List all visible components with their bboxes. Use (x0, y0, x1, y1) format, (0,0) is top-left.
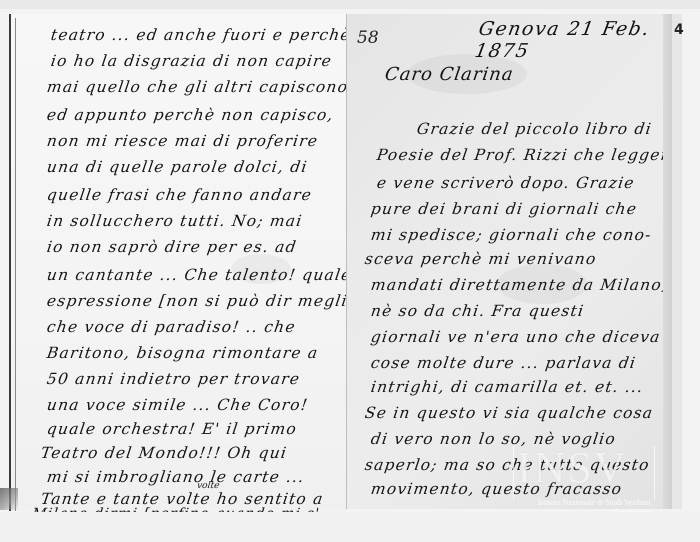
right-line-9: giornali ve n'era uno che diceva (370, 328, 662, 346)
right-line-15: movimento, questo fracasso (370, 480, 624, 498)
left-line-11: espressione [non si può dir meglio] (46, 292, 347, 310)
scan-bottom-edge (0, 512, 700, 542)
left-line-10: un cantante ... Che talento! quale (46, 266, 347, 284)
right-line-11: intrighi, di camarilla et. et. ... (370, 378, 645, 396)
letter-scan: teatro ... ed anche fuori e perchè io ho… (0, 0, 700, 542)
left-line-2: io ho la disgrazia di non capire (50, 52, 334, 70)
corner-mark: 4 (674, 22, 684, 38)
right-line-6: sceva perchè mi venivano (364, 250, 598, 268)
right-line-5: mi spedisce; giornali che cono- (370, 226, 653, 244)
left-line-1: teatro ... ed anche fuori e perchè (50, 26, 347, 44)
right-line-2: Poesie del Prof. Rizzi che leggerò, (376, 146, 673, 164)
right-line-7: mandati direttamente da Milano, (370, 276, 670, 294)
right-line-13: di vero non lo so, nè voglio (370, 430, 617, 448)
left-line-13: Baritono, bisogna rimontare a (46, 344, 320, 362)
page-fold-shadow (0, 488, 18, 510)
left-line-12: che voce di paradiso! .. che (46, 318, 297, 336)
right-line-14: saperlo; ma so che tutto questo (364, 456, 651, 474)
left-line-15: una voce simile ... Che Coro! (46, 396, 310, 414)
scan-right-edge (672, 14, 682, 509)
left-page: teatro ... ed anche fuori e perchè io ho… (9, 14, 347, 511)
letter-date: Genova 21 Feb. 1875 (473, 18, 673, 62)
scan-top-edge (0, 0, 700, 9)
left-line-14: 50 anni indietro per trovare (46, 370, 302, 388)
right-line-1: Grazie del piccolo libro di (416, 120, 653, 138)
right-page: 58 Genova 21 Feb. 1875 Caro Clarina Graz… (346, 14, 673, 509)
right-line-12: Se in questo vi sia qualche cosa (364, 404, 655, 422)
left-line-18: mi si imbrogliano le carte ... (46, 468, 306, 486)
right-line-4: pure dei brani di giornali che (370, 200, 639, 218)
salutation: Caro Clarina (384, 64, 516, 85)
left-line-5: non mi riesce mai di proferire (46, 132, 320, 150)
page-number: 58 (357, 28, 379, 48)
left-line-16: quale orchestra! E' il primo (46, 420, 299, 438)
left-line-8: in sollucchero tutti. No; mai (46, 212, 304, 230)
left-line-4: ed appunto perchè non capisco, (46, 106, 335, 124)
right-line-8: nè so da chi. Fra questi (370, 302, 586, 320)
left-line-6: una di quelle parole dolci, di (46, 158, 309, 176)
left-line-17: Teatro del Mondo!!! Oh qui (40, 444, 289, 462)
right-line-10: cose molte dure ... parlava di (370, 354, 638, 372)
right-line-3: e vene scriverò dopo. Grazie (376, 174, 636, 192)
left-line-9: io non saprò dire per es. ad (46, 238, 298, 256)
left-line-7: quelle frasi che fanno andare (46, 186, 314, 204)
left-line-3: mai quello che gli altri capiscono; (46, 78, 347, 96)
